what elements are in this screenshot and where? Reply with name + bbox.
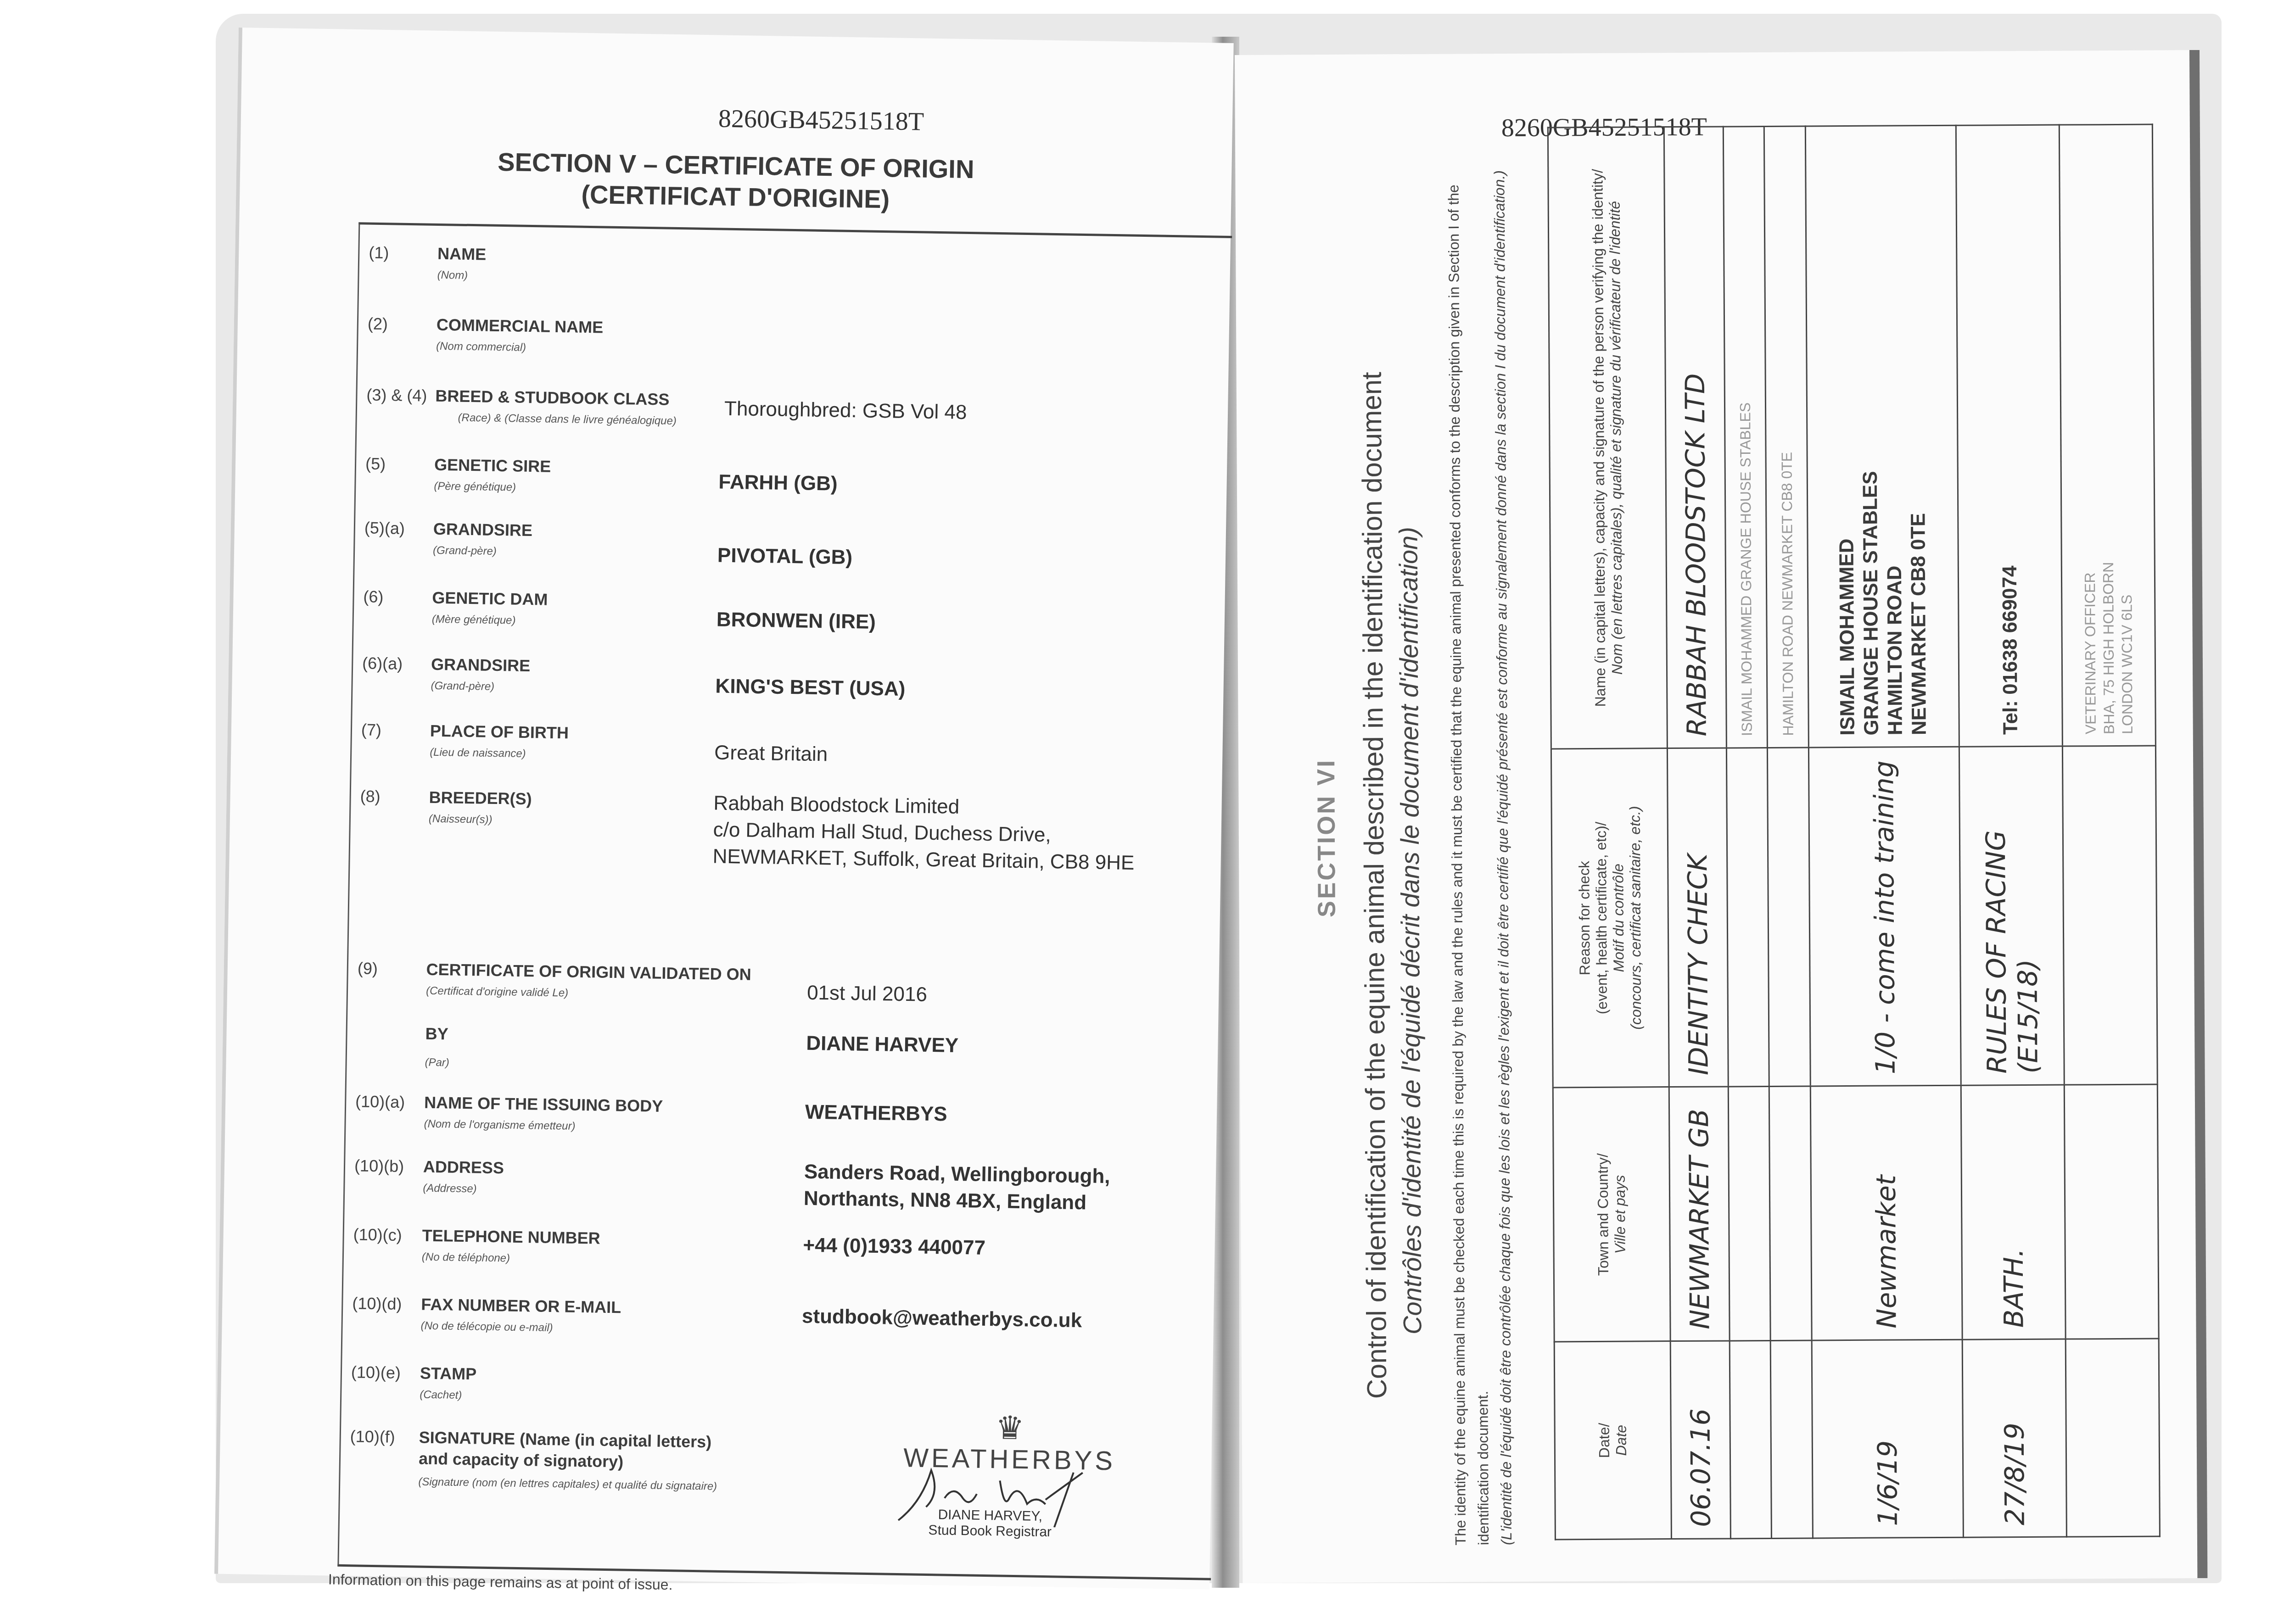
cell-verifier-stamp: Tel: 01638 669074 <box>1956 125 2063 747</box>
field-issuing-body: (10)(a) NAME OF THE ISSUING BODY (Nom de… <box>347 1092 1219 1105</box>
field-number: (9) <box>357 959 378 978</box>
field-sublabel: (Certificat d'origine validé Le) <box>426 985 568 1000</box>
cell-date <box>1771 1340 1813 1538</box>
table-row: VETERINARY OFFICER BHA, 75 HIGH HOLBORN … <box>2059 124 2160 1537</box>
cell-reason <box>2063 746 2158 1085</box>
table-header-row: Date/Date Town and Country/Ville et pays… <box>1548 127 1671 1540</box>
field-label: SIGNATURE (Name (in capital letters) <box>419 1428 711 1452</box>
cell-reason <box>1727 748 1769 1087</box>
field-sublabel: (Nom de l'organisme émetteur) <box>424 1118 575 1133</box>
field-sublabel: (Cachet) <box>420 1389 462 1402</box>
field-label: TELEPHONE NUMBER <box>422 1226 600 1248</box>
field-label: BY <box>425 1024 448 1044</box>
field-label: BREEDER(S) <box>429 788 532 809</box>
field-label: GENETIC SIRE <box>434 455 551 476</box>
field-number: (6)(a) <box>362 653 403 673</box>
table-row: 06.07.16 NEWMARKET GB IDENTITY CHECK RAB… <box>1664 127 1730 1539</box>
field-sublabel: (Grand-père) <box>431 680 494 693</box>
field-number: (10)(e) <box>351 1362 401 1383</box>
field-stamp: (10)(e) STAMP (Cachet) <box>342 1362 1214 1376</box>
field-value: FARHH (GB) <box>718 469 838 497</box>
handwritten-signature-icon <box>880 1451 1101 1528</box>
cell-reason: IDENTITY CHECK <box>1667 748 1728 1087</box>
section-title: SECTION VI <box>1312 759 1341 917</box>
field-label: CERTIFICATE OF ORIGIN VALIDATED ON <box>426 960 751 984</box>
field-fax-email: (10)(d) FAX NUMBER OR E-MAIL (No de télé… <box>343 1294 1215 1307</box>
certificate-form: (1) NAME (Nom) (2) COMMERCIAL NAME (Nom … <box>337 222 1232 1580</box>
field-number: (3) & (4) <box>366 385 427 405</box>
field-number: (5)(a) <box>364 518 405 538</box>
cell-date: 1/6/19 <box>1812 1339 1963 1538</box>
page-title: SECTION V – CERTIFICATE OF ORIGIN (CERTI… <box>423 145 1048 217</box>
field-label: GRANDSIRE <box>433 519 533 540</box>
cell-town <box>1769 1086 1812 1340</box>
field-sublabel: (Lieu de naissance) <box>430 746 526 760</box>
field-sublabel: (Grand-père) <box>433 544 497 558</box>
table-row: 27/8/19 BATH. RULES OF RACING (E15/18) T… <box>1956 125 2067 1537</box>
left-page-certificate-of-origin: 8260GB45251518T SECTION V – CERTIFICATE … <box>214 28 1234 1590</box>
field-sublabel: (Signature (nom (en lettres capitales) e… <box>418 1476 717 1493</box>
field-sublabel: (Race) & (Classe dans le livre généalogi… <box>458 412 677 428</box>
field-label: COMMERCIAL NAME <box>437 315 604 337</box>
field-value: DIANE HARVEY <box>806 1030 959 1059</box>
field-name: (1) NAME (Nom) <box>360 243 1232 257</box>
cell-town <box>1728 1087 1770 1341</box>
field-label: STAMP <box>420 1364 477 1384</box>
header-verifier: Name (in capital letters), capacity and … <box>1548 127 1667 749</box>
cell-date <box>1730 1341 1772 1539</box>
field-value: 01st Jul 2016 <box>807 980 928 1008</box>
cell-reason: 1/0 - come into training <box>1808 747 1961 1086</box>
field-sublabel: (No de télécopie ou e-mail) <box>420 1320 553 1335</box>
cell-date <box>2065 1339 2160 1537</box>
cell-date: 27/8/19 <box>1962 1339 2067 1537</box>
cell-verifier-stamp: ISMAIL MOHAMMED GRANGE HOUSE STABLES HAM… <box>1805 125 1959 748</box>
table-row: 1/6/19 Newmarket 1/0 - come into trainin… <box>1805 125 1963 1538</box>
field-label-line-2: and capacity of signatory) <box>419 1449 624 1472</box>
field-label: BREED & STUDBOOK CLASS <box>435 386 670 409</box>
instructions: The identity of the equine animal must b… <box>1442 100 1518 1546</box>
field-sublabel: (Nom commercial) <box>436 340 526 354</box>
field-value: studbook@weatherbys.co.uk <box>802 1303 1082 1334</box>
field-validated-on: (9) CERTIFICATE OF ORIGIN VALIDATED ON (… <box>348 959 1220 972</box>
field-label: GRANDSIRE <box>431 655 531 675</box>
footnote: Information on this page remains as at p… <box>328 1571 673 1593</box>
field-label: NAME <box>437 244 487 264</box>
field-value: Rabbah Bloodstock Limited c/o Dalham Hal… <box>712 790 1135 876</box>
field-address: (10)(b) ADDRESS (Addresse) Sanders Road,… <box>345 1156 1217 1170</box>
cell-verifier-stamp: VETERINARY OFFICER BHA, 75 HIGH HOLBORN … <box>2059 124 2155 746</box>
field-breeders: (8) BREEDER(S) (Naisseur(s)) Rabbah Bloo… <box>351 787 1223 800</box>
field-value: KING'S BEST (USA) <box>715 673 906 702</box>
field-sublabel: (Nom) <box>437 269 468 282</box>
field-validated-by: BY (Par) DIANE HARVEY <box>347 1023 1220 1037</box>
identity-checks-table: Date/Date Town and Country/Ville et pays… <box>1547 124 2161 1540</box>
field-sublabel: (Mère génétique) <box>432 613 516 627</box>
field-value: Thoroughbred: GSB Vol 48 <box>724 396 967 426</box>
field-number: (2) <box>368 314 388 334</box>
header-reason: Reason for check(event, health certifica… <box>1551 748 1669 1088</box>
field-label: GENETIC DAM <box>432 588 548 609</box>
rotated-content: SECTION VI Control of identification of … <box>1290 110 2170 1583</box>
field-number: (10)(b) <box>354 1156 404 1176</box>
field-value: BRONWEN (IRE) <box>716 607 876 636</box>
field-label: FAX NUMBER OR E-MAIL <box>421 1295 621 1317</box>
cell-town <box>2064 1084 2159 1339</box>
header-date: Date/Date <box>1554 1341 1671 1540</box>
field-genetic-sire: (5) GENETIC SIRE (Père génétique) FARHH … <box>356 454 1228 468</box>
field-number: (10)(c) <box>353 1225 402 1245</box>
field-sublabel: (Père génétique) <box>434 480 516 494</box>
field-breed-studbook: (3) & (4) BREED & STUDBOOK CLASS (Race) … <box>358 385 1230 399</box>
table-row: HAMILTON ROAD NEWMARKET CB8 0TE <box>1764 126 1813 1538</box>
field-value: Sanders Road, Wellingborough, Northants,… <box>804 1159 1110 1217</box>
right-page-section-vi: 8260GB45251518T SECTION VI Control of id… <box>1235 50 2207 1583</box>
field-number: (10)(a) <box>355 1092 405 1112</box>
cell-reason <box>1768 748 1810 1087</box>
cell-verifier-stamp: ISMAIL MOHAMMED GRANGE HOUSE STABLES <box>1723 126 1767 748</box>
field-label: NAME OF THE ISSUING BODY <box>424 1093 663 1116</box>
header-town-country: Town and Country/Ville et pays <box>1553 1087 1670 1342</box>
field-number: (6) <box>363 587 384 607</box>
heading-english: Control of identification of the equine … <box>1356 372 1393 1399</box>
field-sublabel: (Naisseur(s)) <box>429 813 493 826</box>
field-label: ADDRESS <box>423 1157 504 1178</box>
field-number: (7) <box>361 720 382 740</box>
cell-date: 06.07.16 <box>1670 1341 1730 1539</box>
document-id: 8260GB45251518T <box>718 104 924 136</box>
field-number: (5) <box>365 454 386 474</box>
field-number: (8) <box>360 787 381 806</box>
field-grandsire-maternal: (6)(a) GRANDSIRE (Grand-père) KING'S BES… <box>353 653 1226 667</box>
instruction-english: The identity of the equine animal must b… <box>1442 100 1495 1545</box>
field-label: PLACE OF BIRTH <box>430 721 569 743</box>
field-value: PIVOTAL (GB) <box>717 542 853 571</box>
field-value: Great Britain <box>714 739 828 768</box>
field-place-of-birth: (7) PLACE OF BIRTH (Lieu de naissance) G… <box>352 720 1224 734</box>
field-sublabel: (Par) <box>425 1056 449 1070</box>
field-number: (10)(d) <box>352 1294 402 1314</box>
field-number: (1) <box>369 243 389 263</box>
field-value: WEATHERBYS <box>805 1099 948 1128</box>
cell-town: BATH. <box>1961 1085 2065 1339</box>
field-grandsire-paternal: (5)(a) GRANDSIRE (Grand-père) PIVOTAL (G… <box>355 518 1227 532</box>
cell-reason: RULES OF RACING (E15/18) <box>1959 746 2064 1086</box>
heading-french: Contrôles d'identité de l'équidé décrit … <box>1393 527 1427 1334</box>
field-number: (10)(f) <box>350 1427 395 1447</box>
field-sublabel: (No de téléphone) <box>422 1251 510 1265</box>
field-telephone: (10)(c) TELEPHONE NUMBER (No de téléphon… <box>344 1225 1216 1239</box>
cell-verifier-stamp: HAMILTON ROAD NEWMARKET CB8 0TE <box>1764 126 1808 748</box>
field-genetic-dam: (6) GENETIC DAM (Mère génétique) BRONWEN… <box>354 587 1226 601</box>
table-row: ISMAIL MOHAMMED GRANGE HOUSE STABLES <box>1723 126 1771 1538</box>
cell-verifier: RABBAH BLOODSTOCK LTD <box>1664 127 1726 748</box>
cell-town: Newmarket <box>1810 1086 1962 1341</box>
field-value: +44 (0)1933 440077 <box>803 1232 985 1261</box>
field-sublabel: (Addresse) <box>423 1182 477 1196</box>
signature-block: DIANE HARVEY, Stud Book Registrar <box>879 1506 1100 1541</box>
crown-crest-icon: ♛ <box>890 1410 1130 1446</box>
cell-town: NEWMARKET GB <box>1669 1087 1730 1341</box>
field-commercial-name: (2) COMMERCIAL NAME (Nom commercial) <box>358 314 1231 328</box>
